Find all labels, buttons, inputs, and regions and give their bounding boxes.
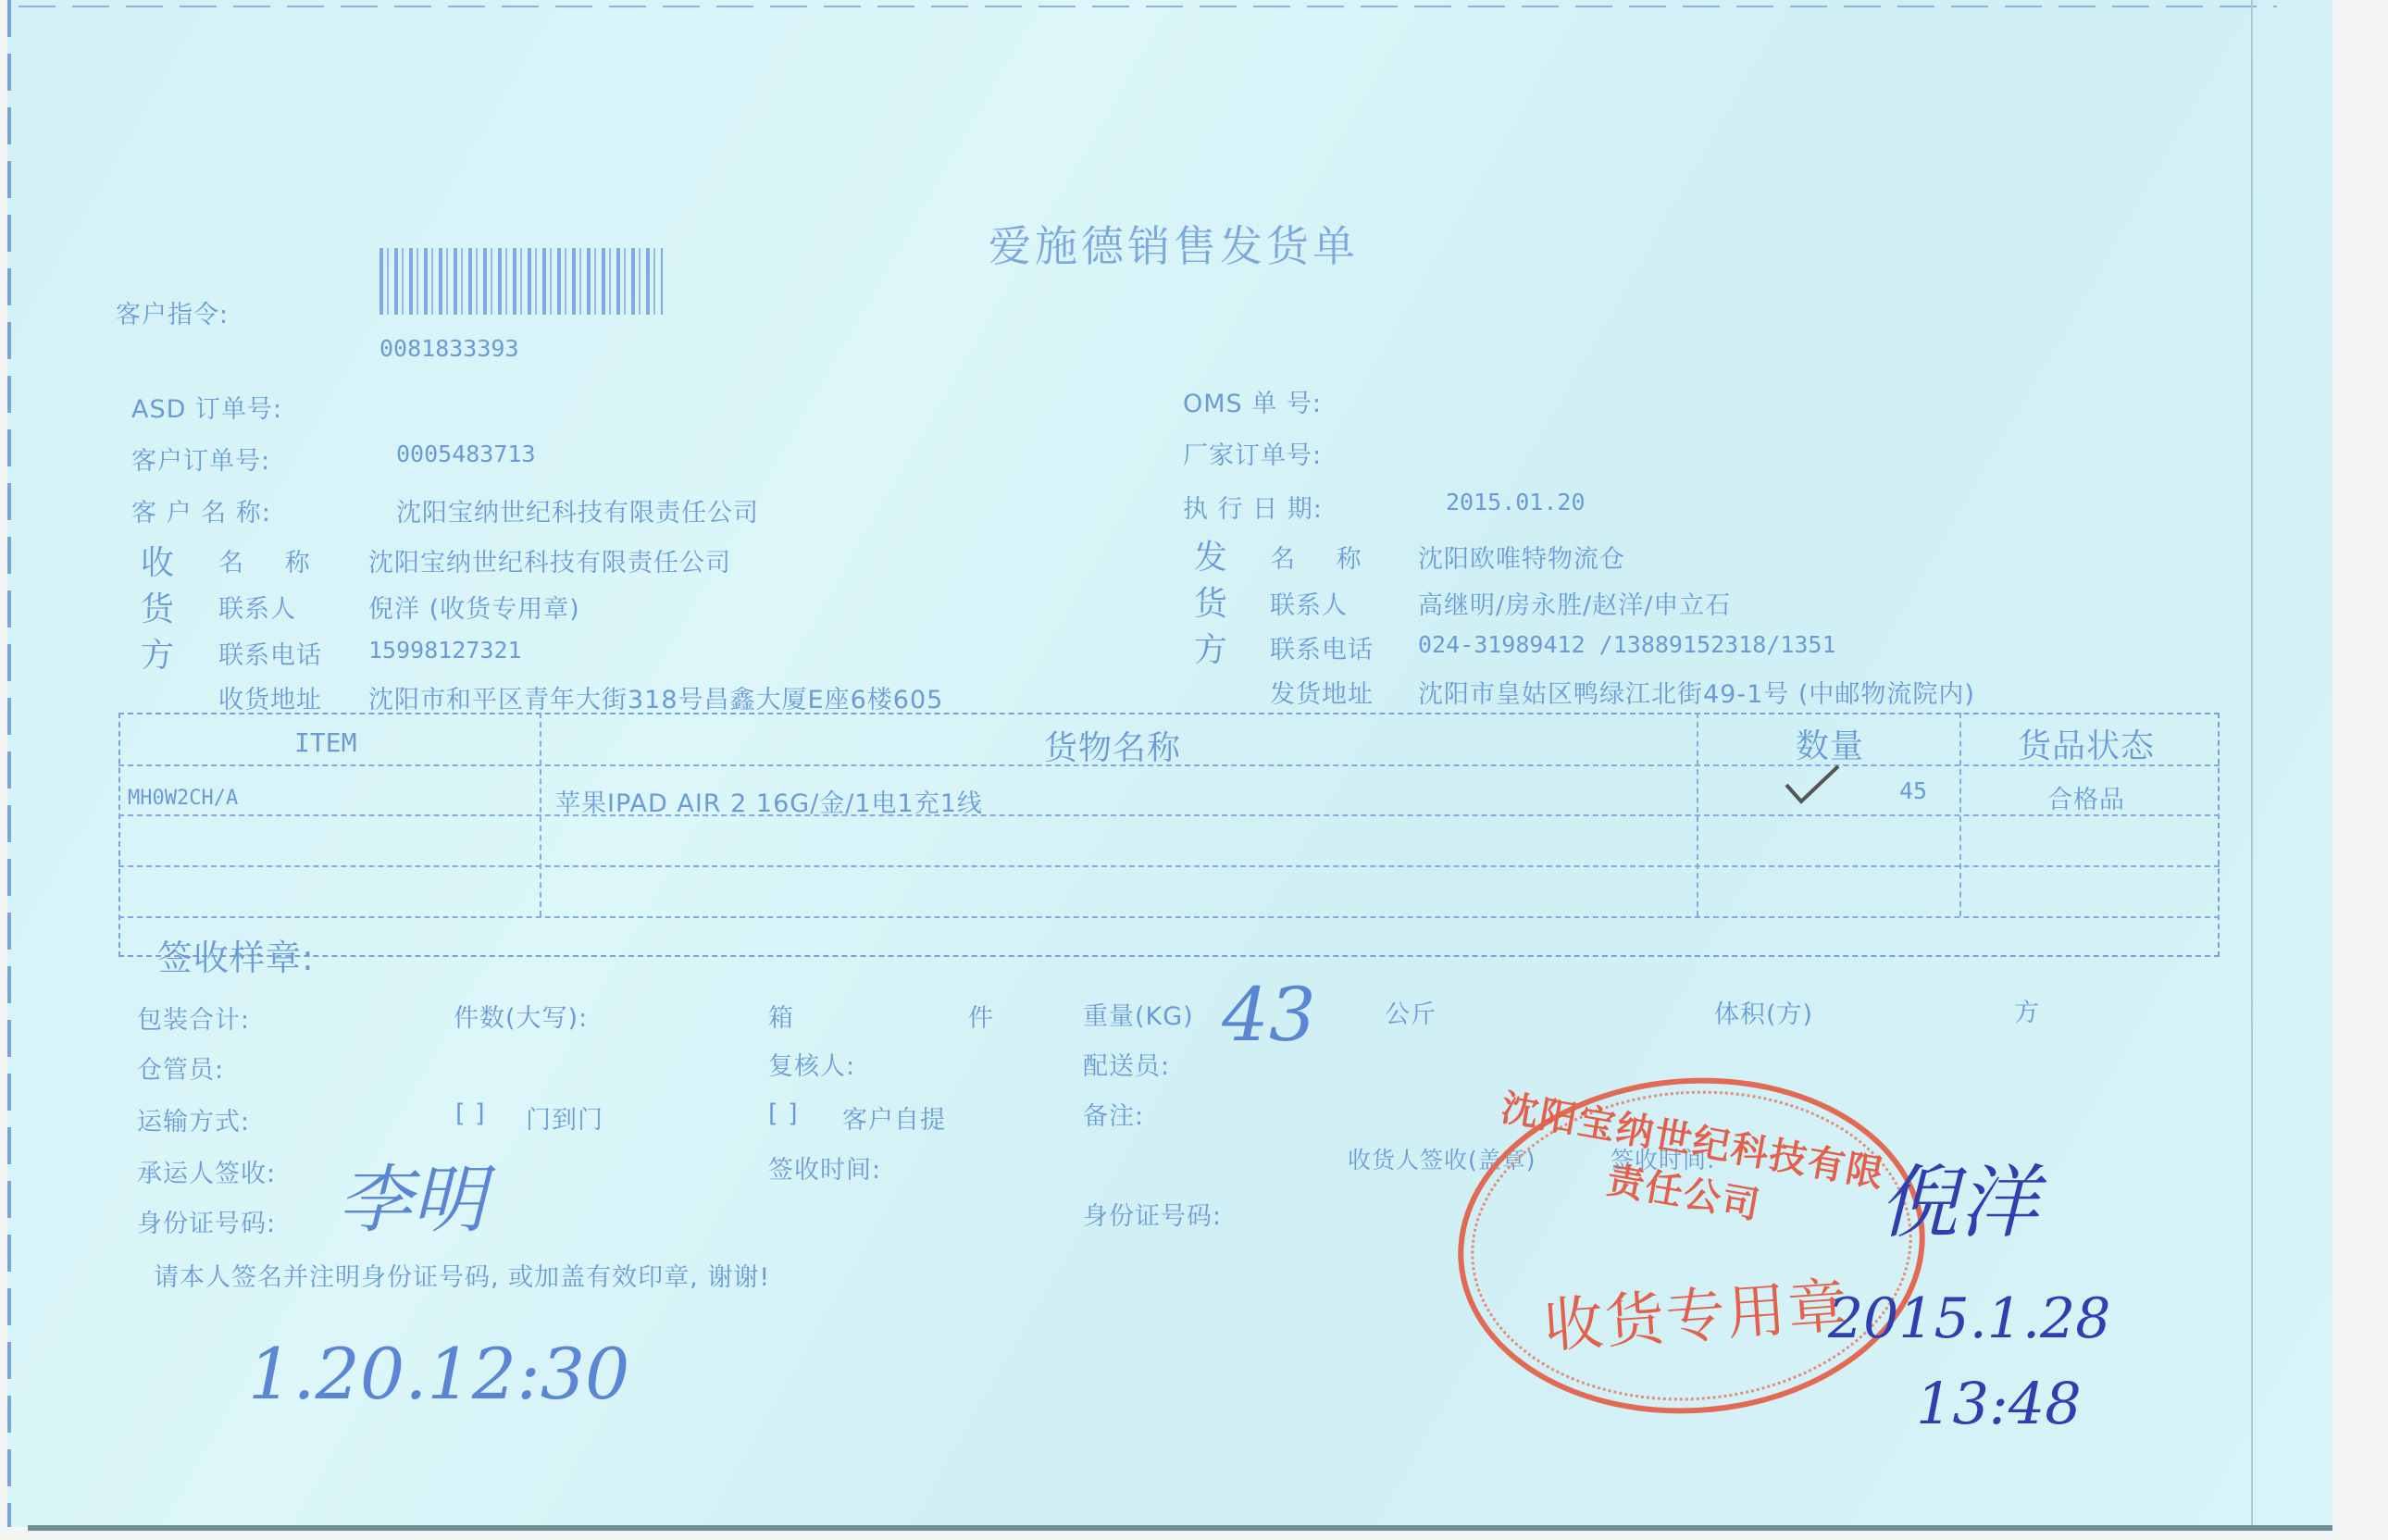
barcode-number: 0081833393 <box>379 335 519 362</box>
table-col-divider <box>1959 713 1961 916</box>
self-pickup-checkbox[interactable]: [ ] <box>768 1099 799 1128</box>
receiver-side-char-2: 货 <box>141 583 175 630</box>
box-unit: 箱 <box>768 998 794 1034</box>
door-to-door-checkbox[interactable]: [ ] <box>455 1099 486 1128</box>
asd-order-label: ASD 订单号: <box>131 389 282 425</box>
receiver-phone-label: 联系电话 <box>218 635 322 671</box>
sender-phone-label: 联系电话 <box>1270 629 1374 665</box>
document-title: 爱施德销售发货单 <box>989 213 1359 274</box>
th-item: ITEM <box>294 727 356 758</box>
paper-fold-line <box>2251 0 2253 1527</box>
cell-item: MH0W2CH/A <box>128 787 238 810</box>
customer-name-value: 沈阳宝纳世纪科技有限责任公司 <box>396 492 759 528</box>
table-col-divider <box>540 713 541 916</box>
exec-date-label: 执 行 日 期: <box>1183 489 1323 525</box>
receiver-contact-label: 联系人 <box>218 589 296 625</box>
carrier-sign-label: 承运人签收: <box>137 1153 276 1189</box>
customer-name-label: 客 户 名 称: <box>131 492 271 528</box>
perforation-top <box>19 6 2277 7</box>
sender-address-value: 沈阳市皇姑区鸭绿江北街49-1号 (中邮物流院内) <box>1418 674 1975 710</box>
handwritten-time-right: 13:48 <box>1916 1370 2082 1437</box>
warehouse-keeper-label: 仓管员: <box>137 1049 224 1086</box>
sender-contact-value: 高继明/房永胜/赵洋/申立石 <box>1418 585 1731 621</box>
factory-order-label: 厂家订单号: <box>1183 435 1322 471</box>
id-number-label-right: 身份证号码: <box>1083 1196 1222 1232</box>
carrier-signature: 李明 <box>338 1140 486 1247</box>
weight-handwritten: 43 <box>1222 972 1316 1058</box>
weight-label: 重量(KG) <box>1083 996 1194 1032</box>
receiver-name-value: 沈阳宝纳世纪科技有限责任公司 <box>368 542 731 578</box>
sender-side-char-1: 发 <box>1194 531 1228 578</box>
receiver-name-label: 名 称 <box>218 542 327 578</box>
sender-contact-label: 联系人 <box>1270 585 1348 621</box>
piece-unit: 件 <box>968 998 994 1034</box>
handwritten-time-left: 1.20.12:30 <box>248 1333 629 1415</box>
sender-side-char-3: 方 <box>1194 624 1228 671</box>
pieces-label: 件数(大写): <box>454 998 588 1034</box>
table-row-divider <box>118 916 2220 918</box>
receiver-address-label: 收货地址 <box>218 679 322 715</box>
checkmark-icon <box>1785 764 1840 805</box>
door-to-door-label: 门到门 <box>526 1099 603 1136</box>
oms-label: OMS 单 号: <box>1183 383 1322 419</box>
remark-label: 备注: <box>1083 1096 1144 1132</box>
sender-phone-value: 024-31989412 /13889152318/1351 <box>1418 631 1836 658</box>
volume-unit: 方 <box>2014 992 2040 1028</box>
cell-goods-name: 苹果IPAD AIR 2 16G/金/1电1充1线 <box>555 783 983 819</box>
self-pickup-label: 客户自提 <box>842 1099 946 1136</box>
th-status: 货品状态 <box>2018 720 2155 767</box>
table-col-divider <box>1697 713 1698 916</box>
customer-order-value: 0005483713 <box>396 441 536 467</box>
receiver-address-value: 沈阳市和平区青年大街318号昌鑫大厦E座6楼605 <box>368 679 943 715</box>
receiver-phone-value: 15998127321 <box>368 637 522 664</box>
paper-bottom-edge <box>28 1525 2332 1531</box>
sender-name-label: 名 称 <box>1270 539 1378 575</box>
reviewer-label: 复核人: <box>768 1046 855 1082</box>
perforation-left <box>7 0 11 1527</box>
volume-label: 体积(方) <box>1714 994 1813 1030</box>
signature-notice: 请本人签名并注明身份证号码, 或加盖有效印章, 谢谢! <box>154 1257 770 1293</box>
handwritten-date-right: 2015.1.28 <box>1828 1286 2110 1351</box>
transport-label: 运输方式: <box>137 1101 250 1137</box>
receiver-signature: 倪洋 <box>1879 1138 2038 1253</box>
sign-sample-label: 签收样章: <box>157 929 315 980</box>
sender-name-value: 沈阳欧唯特物流仓 <box>1418 539 1625 575</box>
cell-quantity: 45 <box>1899 777 1927 804</box>
sign-time-label: 签收时间: <box>768 1149 881 1186</box>
weight-unit: 公斤 <box>1385 994 1437 1030</box>
pack-total-label: 包装合计: <box>137 1000 250 1036</box>
receiver-contact-value: 倪洋 (收货专用章) <box>368 589 580 625</box>
customer-order-label: 客户订单号: <box>131 441 270 477</box>
table-row-divider <box>118 865 2220 867</box>
sender-side-char-2: 货 <box>1194 577 1228 625</box>
receiver-side-char-3: 方 <box>141 629 175 677</box>
cell-status: 合格品 <box>2047 779 2125 815</box>
customer-instruction-label: 客户指令: <box>116 294 229 330</box>
th-quantity: 数量 <box>1796 720 1864 767</box>
table-row-divider <box>118 814 2220 816</box>
receiver-side-char-1: 收 <box>141 537 175 584</box>
exec-date-value: 2015.01.20 <box>1446 489 1586 515</box>
id-number-label-left: 身份证号码: <box>137 1203 276 1239</box>
th-goods-name: 货物名称 <box>1044 722 1181 769</box>
sender-address-label: 发货地址 <box>1270 674 1374 710</box>
delivery-person-label: 配送员: <box>1083 1046 1170 1082</box>
barcode <box>379 248 663 315</box>
